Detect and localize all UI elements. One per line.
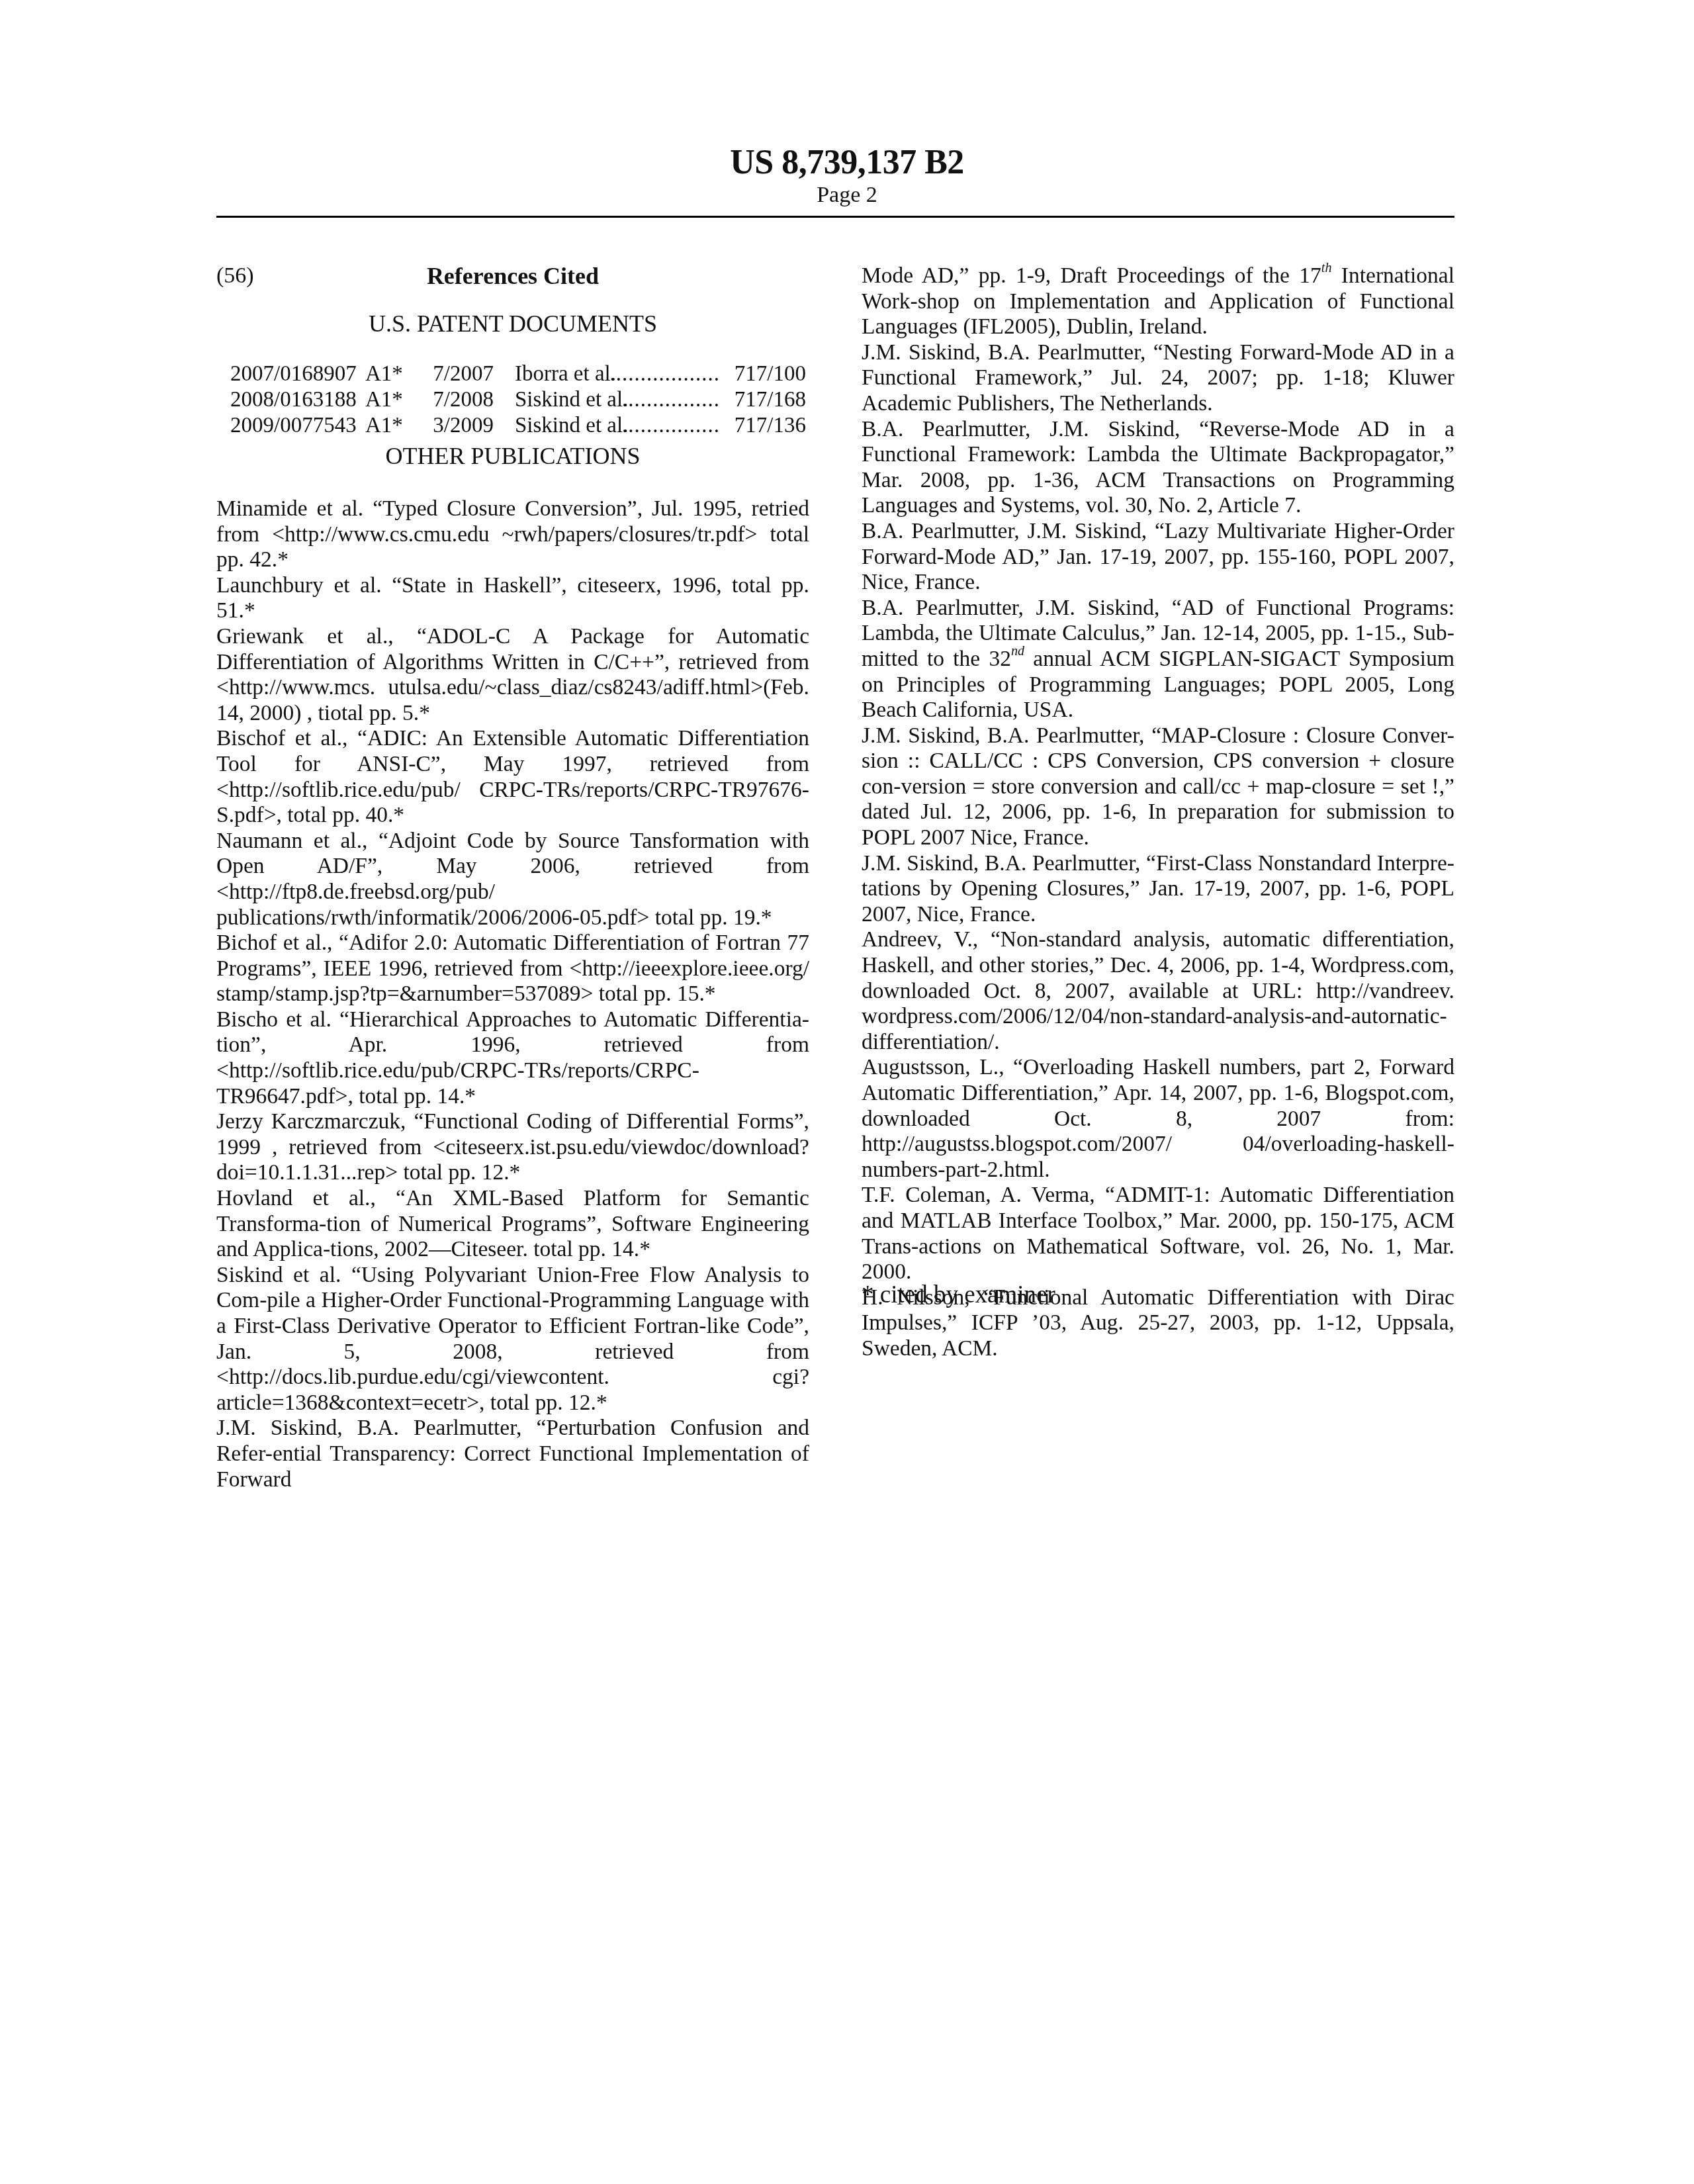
patent-class-cell: 717/136 [735,413,806,439]
publication-entry: B.A. Pearlmutter, J.M. Siskind, “Reverse… [862,417,1454,519]
publication-entry: Griewank et al., “ADOL-C A Package for A… [216,624,809,726]
patent-row: 2007/0168907 A1* 7/2007 Iborra et al. ..… [230,361,809,387]
patent-number: US 8,739,137 B2 [0,144,1694,181]
publications-right-column: Mode AD,” pp. 1-9, Draft Proceedings of … [862,263,1454,1362]
publication-entry: J.M. Siskind, B.A. Pearlmutter, “Perturb… [216,1416,809,1492]
header-divider [216,216,1454,218]
patent-kind-cell: A1* [365,387,403,413]
publications-left-column: Minamide et al. “Typed Closure Conversio… [216,496,809,1492]
leader-dots: ................ [515,413,720,439]
publication-entry: J.M. Siskind, B.A. Pearlmutter, “First-C… [862,851,1454,928]
leader-dots: .................. [515,361,720,387]
patent-kind-cell: A1* [365,361,403,387]
other-publications-heading: OTHER PUBLICATIONS [216,443,809,469]
patent-row: 2009/0077543 A1* 3/2009 Siskind et al. .… [230,413,809,439]
publication-entry: Hovland et al., “An XML-Based Platform f… [216,1186,809,1263]
entry-text: Mode AD,” pp. 1-9, Draft Proceedings of … [862,263,1321,288]
patent-class-cell: 717/100 [735,361,806,387]
us-patent-documents-heading: U.S. PATENT DOCUMENTS [216,311,809,336]
publication-entry: Mode AD,” pp. 1-9, Draft Proceedings of … [862,263,1454,340]
publication-entry: Siskind et al. “Using Polyvariant Union-… [216,1263,809,1416]
patent-number-cell: 2007/0168907 [230,361,357,387]
publication-entry: Andreev, V., “Non-standard analysis, aut… [862,927,1454,1055]
ordinal-superscript: th [1321,261,1332,275]
patent-class-cell: 717/168 [735,387,806,413]
publication-entry: Launchbury et al. “State in Haskell”, ci… [216,573,809,624]
ordinal-superscript: nd [1011,644,1024,659]
publication-entry: Bischof et al., “ADIC: An Extensible Aut… [216,726,809,828]
patent-date-cell: 3/2009 [423,413,494,439]
publication-entry: J.M. Siskind, B.A. Pearlmutter, “MAP-Clo… [862,723,1454,851]
publication-entry: Minamide et al. “Typed Closure Conversio… [216,496,809,573]
patent-number-cell: 2009/0077543 [230,413,357,439]
publication-entry: J.M. Siskind, B.A. Pearlmutter, “Nesting… [862,340,1454,417]
cited-by-examiner-note: * cited by examiner [862,1281,1055,1309]
publication-entry: Jerzy Karczmarczuk, “Functional Coding o… [216,1109,809,1186]
us-patent-table: 2007/0168907 A1* 7/2007 Iborra et al. ..… [230,361,809,439]
page-label: Page 2 [0,183,1694,208]
patent-row: 2008/0163188 A1* 7/2008 Siskind et al. .… [230,387,809,413]
publication-entry: T.F. Coleman, A. Verma, “ADMIT-1: Automa… [862,1183,1454,1285]
references-cited-heading: References Cited [216,263,809,289]
leader-dots: ................ [515,387,720,413]
patent-date-cell: 7/2008 [423,387,494,413]
publication-entry: B.A. Pearlmutter, J.M. Siskind, “AD of F… [862,596,1454,723]
patent-date-cell: 7/2007 [423,361,494,387]
publication-entry: B.A. Pearlmutter, J.M. Siskind, “Lazy Mu… [862,519,1454,596]
publication-entry: Augustsson, L., “Overloading Haskell num… [862,1055,1454,1183]
patent-kind-cell: A1* [365,413,403,439]
publication-entry: Naumann et al., “Adjoint Code by Source … [216,829,809,931]
publication-entry: Bischo et al. “Hierarchical Approaches t… [216,1007,809,1109]
patent-number-cell: 2008/0163188 [230,387,357,413]
publication-entry: Bichof et al., “Adifor 2.0: Automatic Di… [216,931,809,1007]
